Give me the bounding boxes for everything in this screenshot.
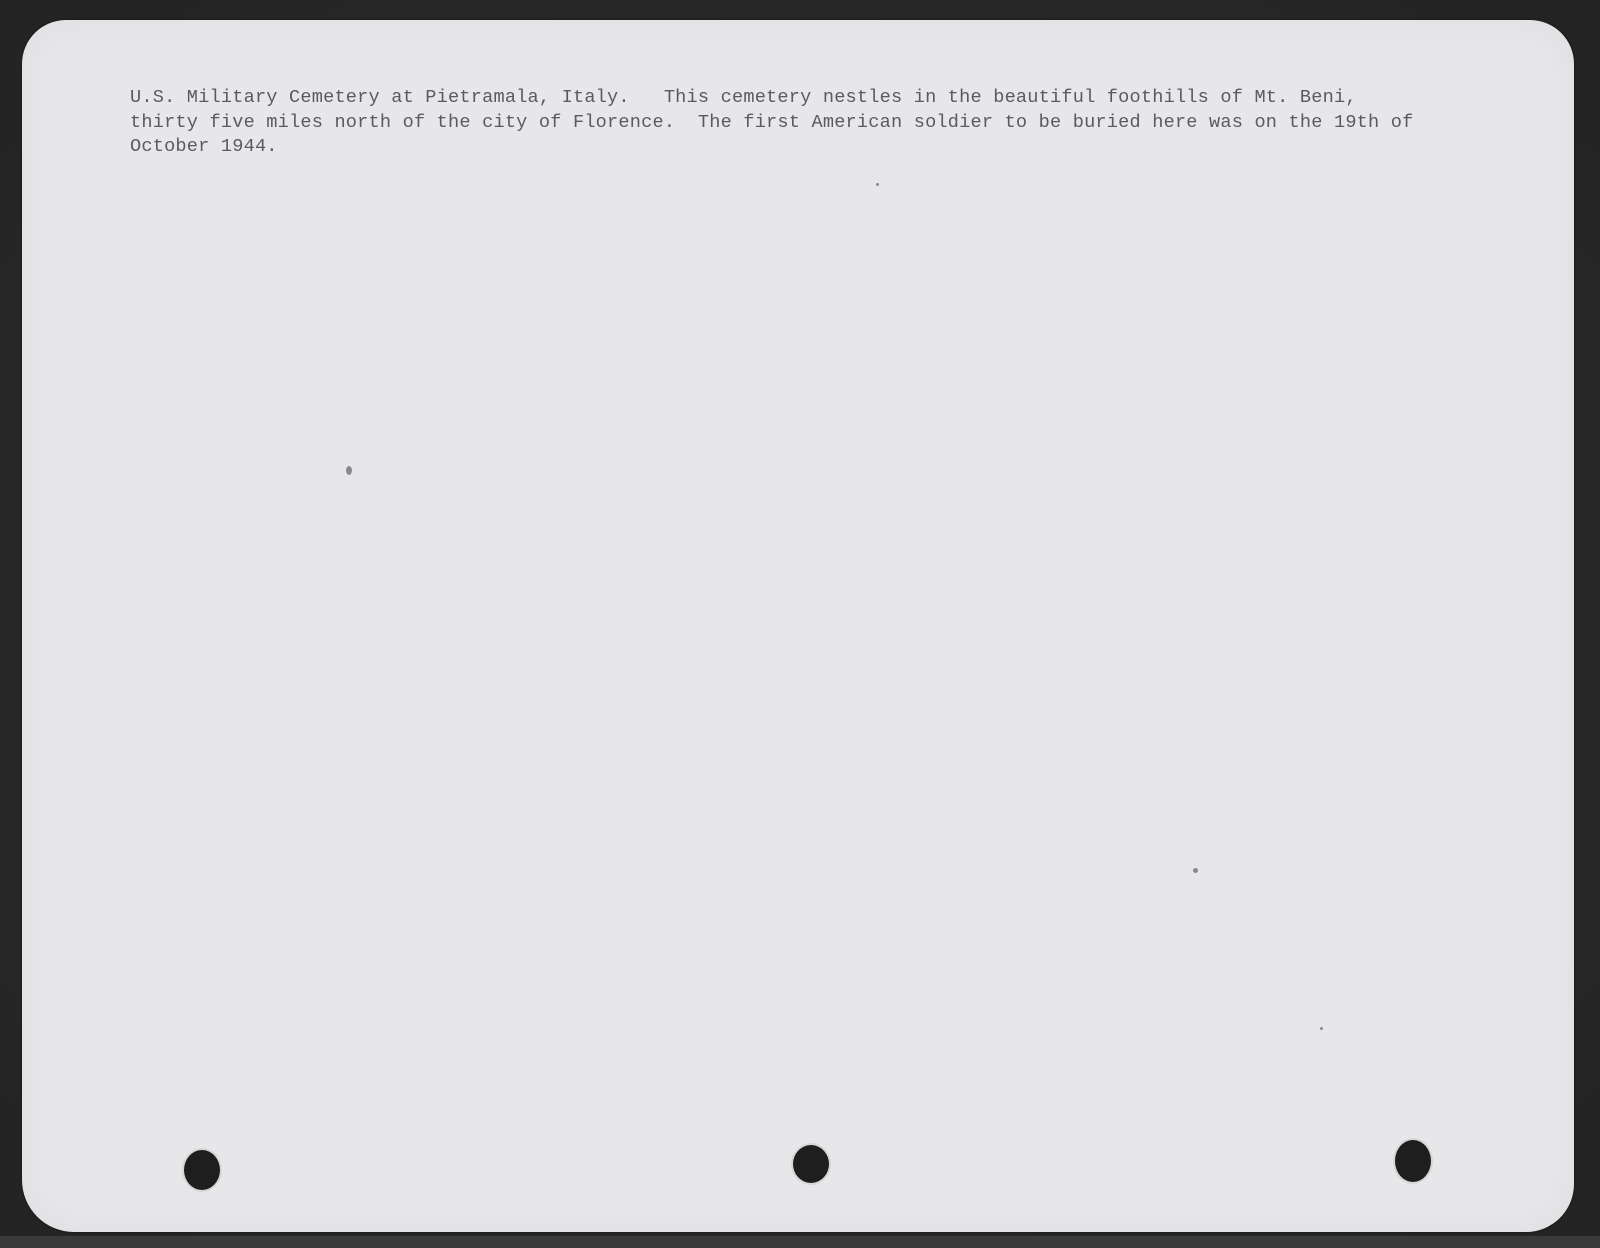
caption-line-3: October 1944. [130,135,1470,160]
caption-line-1: U.S. Military Cemetery at Pietramala, It… [130,86,1470,111]
punch-hole-left [184,1150,220,1190]
paper-speck [1193,868,1198,873]
paper-speck [346,466,352,475]
punch-hole-right [1395,1140,1431,1182]
caption-card [22,20,1574,1232]
paper-speck [876,183,879,186]
bottom-edge-strip [0,1236,1600,1248]
paper-speck [1320,1027,1323,1030]
caption-text: U.S. Military Cemetery at Pietramala, It… [130,86,1470,160]
caption-line-2: thirty five miles north of the city of F… [130,111,1470,136]
punch-hole-center [793,1145,829,1183]
